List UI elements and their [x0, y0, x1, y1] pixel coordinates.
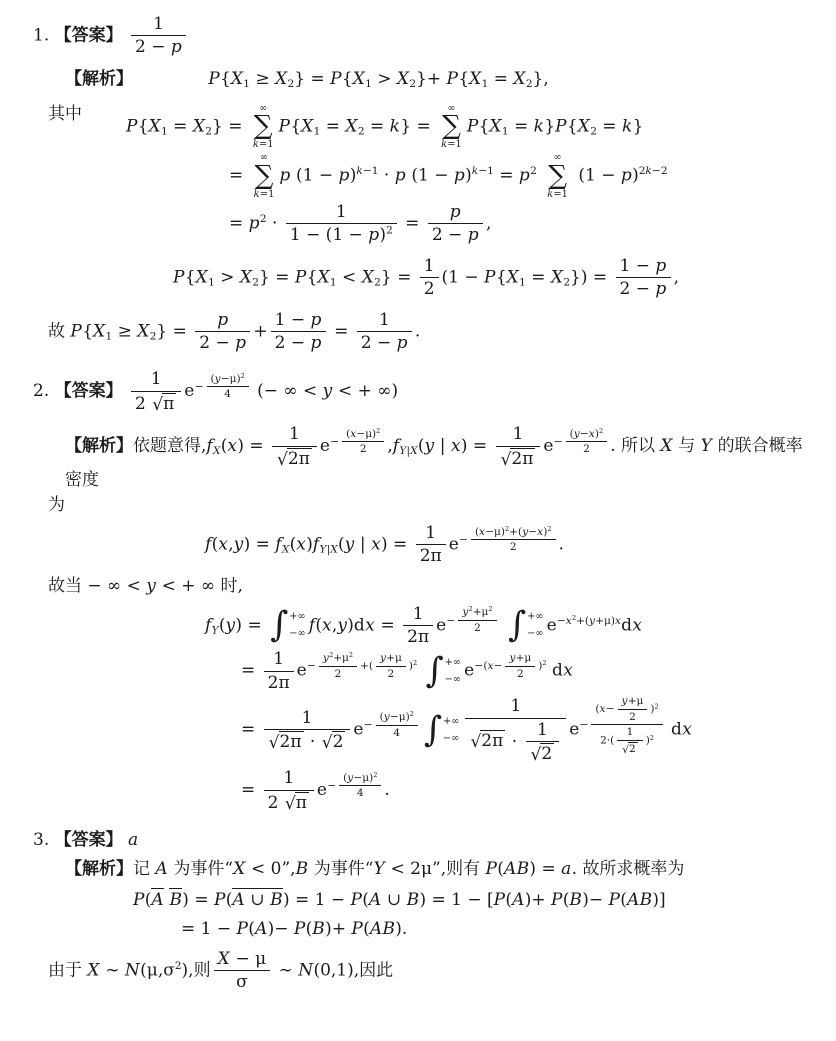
fraction: 12π: [416, 523, 446, 567]
fraction: 1√2π · √2: [264, 708, 351, 753]
fraction: 11 − (1 − p)2: [286, 202, 397, 246]
answer-line: 3. 【答案】 a: [33, 829, 814, 852]
line-label: 【解析】: [65, 68, 133, 91]
fraction: y+μ2: [505, 652, 535, 680]
formula-line: = 1√2π · √2e−(y−μ)24∫+∞−∞1√2π · 1√2e−(x−…: [241, 695, 814, 764]
radical: √π: [152, 393, 176, 414]
radical: √2: [622, 742, 637, 756]
radical-sign-icon: √: [152, 395, 163, 415]
section-marker: 【答案】: [55, 830, 123, 850]
fraction: 12 √π: [131, 369, 181, 414]
problem-3: 3. 【答案】 a【解析】记 A 为事件“X < 0”,B 为事件“Y < 2μ…: [33, 829, 814, 993]
section-marker: 【解析】: [65, 859, 133, 879]
summation: ∞∑k=1: [441, 103, 462, 151]
text-line: 为: [48, 494, 814, 517]
radical: √2: [322, 731, 346, 752]
radical: √2π: [277, 448, 312, 469]
equation: P{X1 ≥ X2} = P{X1 > X2}+ P{X1 = X2},: [133, 68, 814, 91]
fraction: p2 − p: [428, 202, 483, 246]
integral: ∫+∞−∞: [424, 715, 460, 746]
formula-line: f(x,y) = fX(x)fY|X(y | x) = 12πe−(x−μ)2+…: [205, 523, 814, 567]
fraction: y2+μ22: [458, 606, 496, 634]
section-marker: 【答案】: [55, 381, 123, 401]
fraction: p2 − p: [195, 310, 250, 354]
integral: ∫+∞−∞: [508, 610, 544, 641]
fraction: X − μσ: [214, 949, 271, 993]
problem-2: 2. 【答案】 12 √πe−(y−μ)24 (− ∞ < y < + ∞)【解…: [33, 369, 814, 813]
section-marker: 【解析】: [65, 69, 133, 89]
formula-line: fY(y) = ∫+∞−∞f(x,y)dx = 12πe−y2+μ22 ∫+∞−…: [205, 604, 814, 648]
formula-line: = p2 · 11 − (1 − p)2 = p2 − p,: [229, 202, 814, 246]
fraction: (y−μ)24: [339, 772, 381, 800]
summation: ∞∑k=1: [253, 103, 274, 151]
integral: ∫+∞−∞: [426, 656, 462, 687]
fraction: 12π: [403, 604, 433, 648]
radical-sign-icon: √: [501, 450, 512, 470]
fraction: 1 − p2 − p: [616, 256, 671, 300]
radical: √2: [531, 743, 555, 764]
fraction: 12: [420, 256, 439, 300]
formula-line: = 12 √πe−(y−μ)24.: [241, 768, 814, 813]
radical: √2π: [501, 448, 536, 469]
text-line: 故当 − ∞ < y < + ∞ 时,: [48, 575, 814, 598]
text-line: 由于 X ∼ N(μ,σ2),则X − μσ ∼ N(0,1),因此: [48, 949, 814, 993]
formula-line: = 1 − P(A)− P(B)+ P(AB).: [181, 918, 814, 941]
formula-line: 其中P{X1 = X2} = ∞∑k=1P{X1 = X2 = k} = ∞∑k…: [48, 103, 814, 151]
formula-line: = ∞∑k=1p (1 − p)k−1 · p (1 − p)k−1 = p2 …: [229, 152, 814, 200]
fraction: 1√2: [526, 720, 560, 765]
fraction: 12π: [264, 649, 294, 693]
fraction: (x−y+μ2)22·(1√2)2: [591, 695, 662, 756]
answer-line: 1. 【答案】 12 − p: [33, 14, 814, 58]
fraction: y+μ2: [618, 695, 648, 723]
analysis-line: 【解析】依题意得,fX(x) = 1√2πe−(x−μ)22,fY|X(y | …: [65, 424, 814, 492]
formula-line: = 12πe−y2+μ22+(y+μ2)2 ∫+∞−∞e−(x−y+μ2)2 d…: [241, 649, 814, 693]
summation: ∞∑k=1: [254, 152, 275, 200]
fraction: (x−μ)22: [342, 428, 384, 456]
radical-sign-icon: √: [622, 744, 629, 757]
fraction: y+μ2: [376, 652, 406, 680]
radical: √π: [285, 792, 309, 813]
radical-sign-icon: √: [322, 733, 333, 753]
radical-sign-icon: √: [531, 745, 542, 765]
section-marker: 【答案】: [55, 25, 123, 45]
fraction: 1√2: [617, 726, 642, 755]
fraction: 1√2π: [496, 424, 541, 469]
fraction: 1√2π · 1√2: [465, 696, 566, 764]
radical-sign-icon: √: [269, 733, 280, 753]
radical: √2π: [269, 731, 304, 752]
fraction: (x−μ)2+(y−x)22: [471, 526, 556, 554]
problem-1: 1. 【答案】 12 − p【解析】P{X1 ≥ X2} = P{X1 > X2…: [33, 14, 814, 353]
fraction: (y−μ)24: [376, 711, 418, 739]
radical-sign-icon: √: [470, 732, 481, 752]
equation: P{X1 = X2} = ∞∑k=1P{X1 = X2 = k} = ∞∑k=1…: [126, 103, 643, 151]
fraction: 1√2π: [272, 424, 317, 469]
section-marker: 【解析】: [65, 436, 133, 456]
radical-sign-icon: √: [277, 450, 288, 470]
fraction: (y−μ)24: [207, 373, 249, 401]
overline: A ∪ B: [232, 888, 283, 910]
integral: ∫+∞−∞: [270, 610, 306, 641]
analysis-line: 【解析】P{X1 ≥ X2} = P{X1 > X2}+ P{X1 = X2},: [65, 68, 814, 91]
fraction: y2+μ22: [319, 652, 357, 680]
overline: B: [169, 888, 182, 910]
formula-line: 故 P{X1 ≥ X2} = p2 − p+1 − p2 − p = 12 − …: [48, 310, 814, 354]
radical: √2π: [470, 730, 505, 751]
fraction: 12 − p: [357, 310, 412, 354]
formula-line: P(A B) = P(A ∪ B) = 1 − P(A ∪ B) = 1 − […: [133, 889, 814, 912]
fraction: 1 − p2 − p: [271, 310, 326, 354]
radical-sign-icon: √: [285, 794, 296, 814]
fraction: 12 − p: [131, 14, 186, 58]
summation: ∞∑k=1: [547, 152, 568, 200]
formula-line: P{X1 > X2} = P{X1 < X2} = 12(1 − P{X1 = …: [173, 256, 814, 300]
document-page: 1. 【答案】 12 − p【解析】P{X1 ≥ X2} = P{X1 > X2…: [0, 0, 836, 993]
overline: A: [151, 888, 164, 910]
fraction: (y−x)22: [566, 428, 608, 456]
line-label: 其中: [48, 103, 82, 151]
answer-line: 2. 【答案】 12 √πe−(y−μ)24 (− ∞ < y < + ∞): [33, 369, 814, 414]
fraction: 12 √π: [264, 768, 314, 813]
analysis-line: 【解析】记 A 为事件“X < 0”,B 为事件“Y < 2μ”,则有 P(AB…: [65, 858, 814, 881]
